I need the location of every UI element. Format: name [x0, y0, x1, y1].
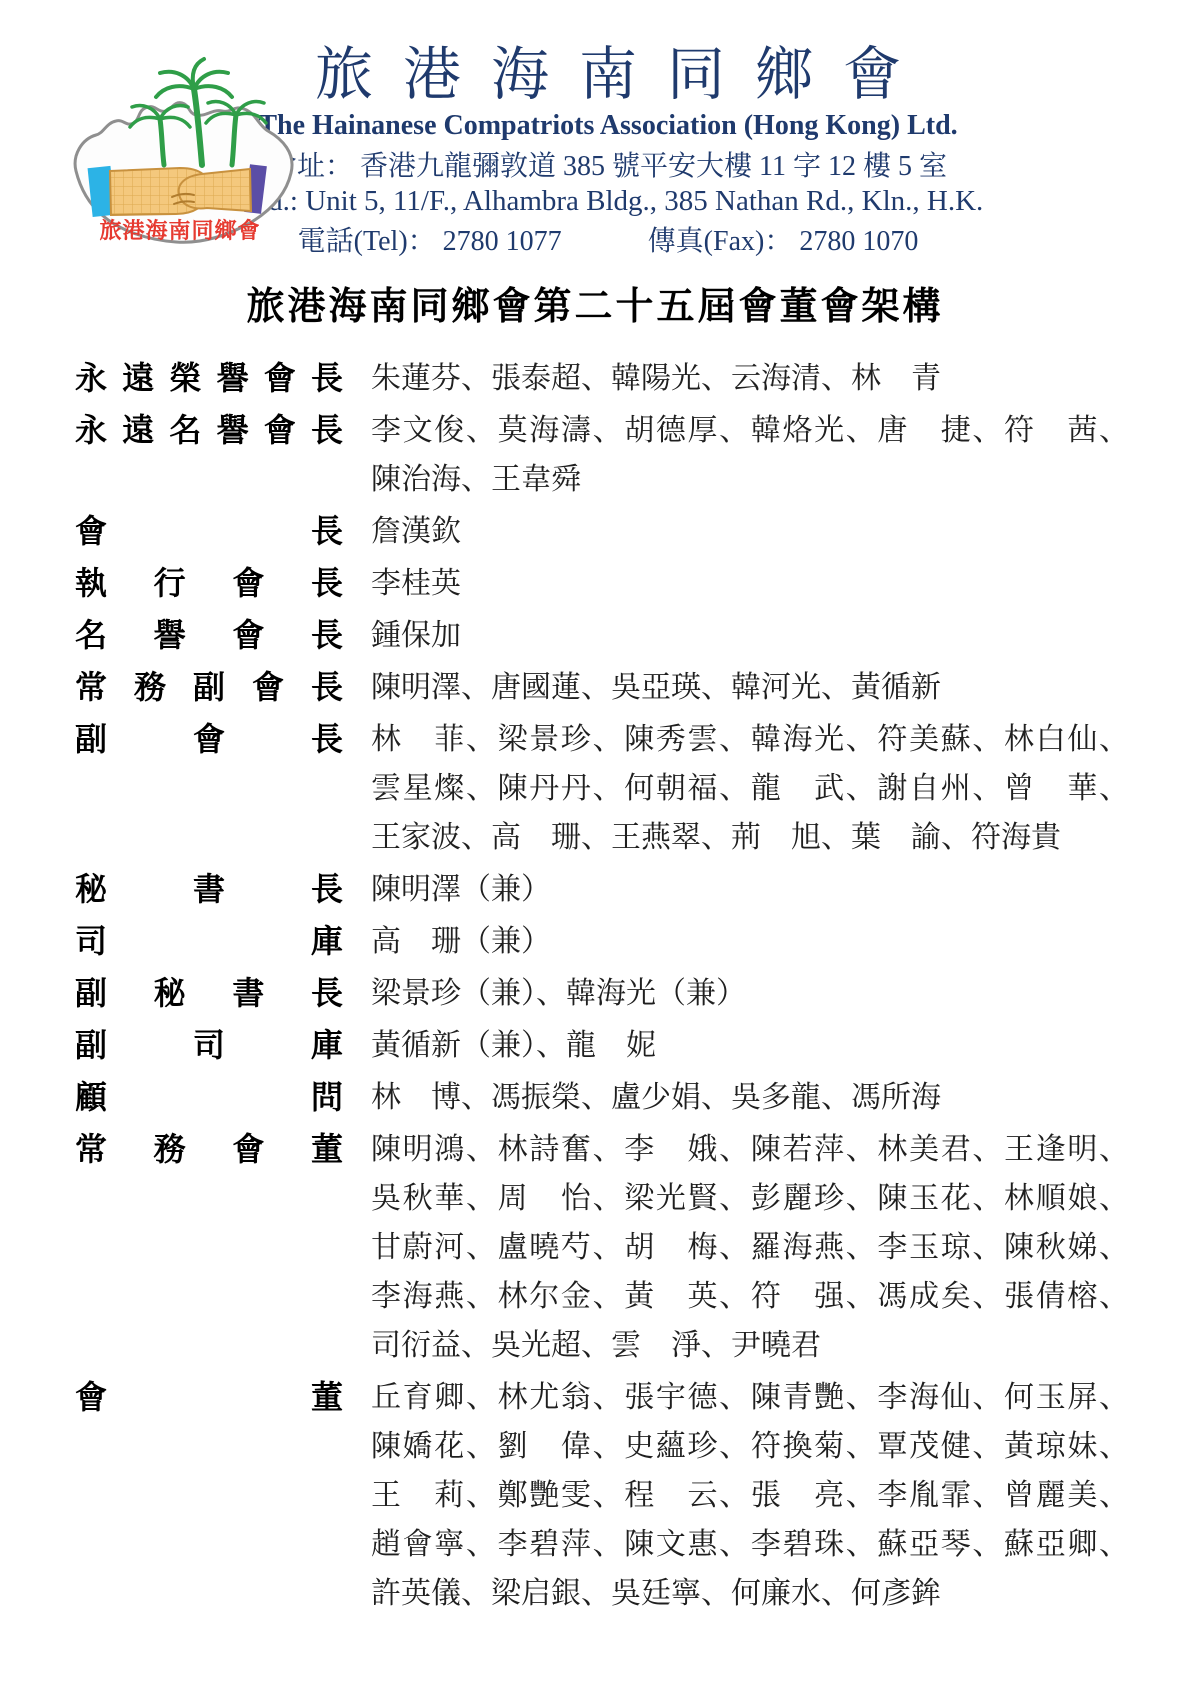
member-names-line: 李文俊、莫海濤、胡德厚、韓烙光、唐 捷、符 茜、	[371, 406, 1129, 455]
member-names-line: 黃循新（兼）、龍 妮	[371, 1021, 1129, 1070]
member-names-line: 許英儀、梁启銀、吳廷寧、何廉水、何彥鉾	[371, 1569, 1129, 1618]
logo-caption: 旅港海南同鄉會	[99, 218, 260, 243]
member-names-line: 林 博、馮振榮、盧少娟、吳多龍、馮所海	[371, 1073, 1129, 1122]
member-names-line: 趙會寧、李碧萍、陳文惠、李碧珠、蘇亞琴、蘇亞卿、	[371, 1520, 1129, 1569]
roster-row: 會董丘育卿、林尤翁、張宇德、陳青艷、李海仙、何玉屏、陳嬌花、劉 偉、史蘊珍、符換…	[75, 1373, 1190, 1618]
roster-row: 執行會長李桂英	[75, 559, 1190, 608]
fax-label: 傳真(Fax)：	[648, 226, 793, 257]
member-names: 陳明澤、唐國蓮、吳亞瑛、韓河光、黃循新	[371, 663, 1129, 712]
roster-row: 永遠名譽會長李文俊、莫海濤、胡德厚、韓烙光、唐 捷、符 茜、陳治海、王韋舜	[75, 406, 1190, 504]
member-names-line: 陳治海、王韋舜	[371, 455, 1129, 504]
member-names: 黃循新（兼）、龍 妮	[371, 1021, 1129, 1070]
roster-row: 秘書長陳明澤（兼）	[75, 865, 1190, 914]
position-label: 會長	[75, 507, 343, 556]
letterhead: 旅港海南同鄉會 旅港海南同鄉會 The Hainanese Compatriot…	[0, 0, 1190, 259]
member-names-line: 司衍益、吳光超、雲 淨、尹曉君	[371, 1321, 1129, 1370]
member-names: 丘育卿、林尤翁、張宇德、陳青艷、李海仙、何玉屏、陳嬌花、劉 偉、史蘊珍、符換菊、…	[371, 1373, 1129, 1618]
member-names: 陳明澤（兼）	[371, 865, 1129, 914]
association-logo: 旅港海南同鄉會	[60, 50, 318, 250]
position-label: 常務副會長	[75, 663, 343, 712]
position-label: 會董	[75, 1373, 343, 1422]
member-names-line: 陳嬌花、劉 偉、史蘊珍、符換菊、覃茂健、黃琼妹、	[371, 1422, 1129, 1471]
member-names: 高 珊（兼）	[371, 917, 1129, 966]
member-names: 林 博、馮振榮、盧少娟、吳多龍、馮所海	[371, 1073, 1129, 1122]
member-names: 詹漢欽	[371, 507, 1129, 556]
member-names-line: 甘蔚河、盧曉芍、胡 梅、羅海燕、李玉琼、陳秋娣、	[371, 1223, 1129, 1272]
member-names: 朱蓮芬、張泰超、韓陽光、云海清、林 青	[371, 354, 1129, 403]
member-names: 林 菲、梁景珍、陳秀雲、韓海光、符美蘇、林白仙、雲星燦、陳丹丹、何朝福、龍 武、…	[371, 715, 1129, 862]
roster-row: 名譽會長鍾保加	[75, 611, 1190, 660]
member-names-line: 朱蓮芬、張泰超、韓陽光、云海清、林 青	[371, 354, 1129, 403]
position-label: 名譽會長	[75, 611, 343, 660]
roster-row: 副秘書長梁景珍（兼）、韓海光（兼）	[75, 969, 1190, 1018]
position-label: 副會長	[75, 715, 343, 764]
roster-row: 副司庫黃循新（兼）、龍 妮	[75, 1021, 1190, 1070]
tel-number: 2780 1077	[443, 226, 562, 257]
member-names-line: 陳明澤、唐國蓮、吳亞瑛、韓河光、黃循新	[371, 663, 1129, 712]
member-names-line: 詹漢欽	[371, 507, 1129, 556]
member-names-line: 王家波、高 珊、王燕翠、荊 旭、葉 諭、符海貴	[371, 813, 1129, 862]
position-label: 永遠名譽會長	[75, 406, 343, 455]
member-names-line: 陳明鴻、林詩奮、李 娥、陳若萍、林美君、王逢明、	[371, 1125, 1129, 1174]
member-names: 梁景珍（兼）、韓海光（兼）	[371, 969, 1129, 1018]
position-label: 常務會董	[75, 1125, 343, 1174]
member-names-line: 鍾保加	[371, 611, 1129, 660]
position-label: 永遠榮譽會長	[75, 354, 343, 403]
member-names-line: 梁景珍（兼）、韓海光（兼）	[371, 969, 1129, 1018]
member-names-line: 雲星燦、陳丹丹、何朝福、龍 武、謝自州、曾 華、	[371, 764, 1129, 813]
member-names-line: 王 莉、鄭艷雯、程 云、張 亮、李胤霏、曾麗美、	[371, 1471, 1129, 1520]
roster: 永遠榮譽會長朱蓮芬、張泰超、韓陽光、云海清、林 青永遠名譽會長李文俊、莫海濤、胡…	[75, 354, 1190, 1618]
member-names: 李桂英	[371, 559, 1129, 608]
position-label: 司庫	[75, 917, 343, 966]
member-names-line: 吳秋華、周 怡、梁光賢、彭麗珍、陳玉花、林順娘、	[371, 1174, 1129, 1223]
member-names-line: 丘育卿、林尤翁、張宇德、陳青艷、李海仙、何玉屏、	[371, 1373, 1129, 1422]
member-names-line: 陳明澤（兼）	[371, 865, 1129, 914]
roster-row: 會長詹漢欽	[75, 507, 1190, 556]
roster-row: 司庫高 珊（兼）	[75, 917, 1190, 966]
position-label: 秘書長	[75, 865, 343, 914]
fax-number: 2780 1070	[799, 226, 918, 257]
handshake-icon	[88, 164, 267, 217]
position-label: 副司庫	[75, 1021, 343, 1070]
roster-row: 常務會董陳明鴻、林詩奮、李 娥、陳若萍、林美君、王逢明、吳秋華、周 怡、梁光賢、…	[75, 1125, 1190, 1370]
member-names: 陳明鴻、林詩奮、李 娥、陳若萍、林美君、王逢明、吳秋華、周 怡、梁光賢、彭麗珍、…	[371, 1125, 1129, 1370]
roster-row: 永遠榮譽會長朱蓮芬、張泰超、韓陽光、云海清、林 青	[75, 354, 1190, 403]
member-names-line: 李海燕、林尔金、黃 英、符 强、馮成矣、張倩榕、	[371, 1272, 1129, 1321]
member-names: 鍾保加	[371, 611, 1129, 660]
tel-label: 電話(Tel)：	[298, 226, 436, 257]
roster-row: 顧問林 博、馮振榮、盧少娟、吳多龍、馮所海	[75, 1073, 1190, 1122]
member-names-line: 高 珊（兼）	[371, 917, 1129, 966]
member-names-line: 林 菲、梁景珍、陳秀雲、韓海光、符美蘇、林白仙、	[371, 715, 1129, 764]
member-names-line: 李桂英	[371, 559, 1129, 608]
roster-row: 副會長林 菲、梁景珍、陳秀雲、韓海光、符美蘇、林白仙、雲星燦、陳丹丹、何朝福、龍…	[75, 715, 1190, 862]
position-label: 副秘書長	[75, 969, 343, 1018]
position-label: 顧問	[75, 1073, 343, 1122]
document-title: 旅港海南同鄉會第二十五屆會董會架構	[0, 275, 1190, 330]
roster-row: 常務副會長陳明澤、唐國蓮、吳亞瑛、韓河光、黃循新	[75, 663, 1190, 712]
member-names: 李文俊、莫海濤、胡德厚、韓烙光、唐 捷、符 茜、陳治海、王韋舜	[371, 406, 1129, 504]
position-label: 執行會長	[75, 559, 343, 608]
